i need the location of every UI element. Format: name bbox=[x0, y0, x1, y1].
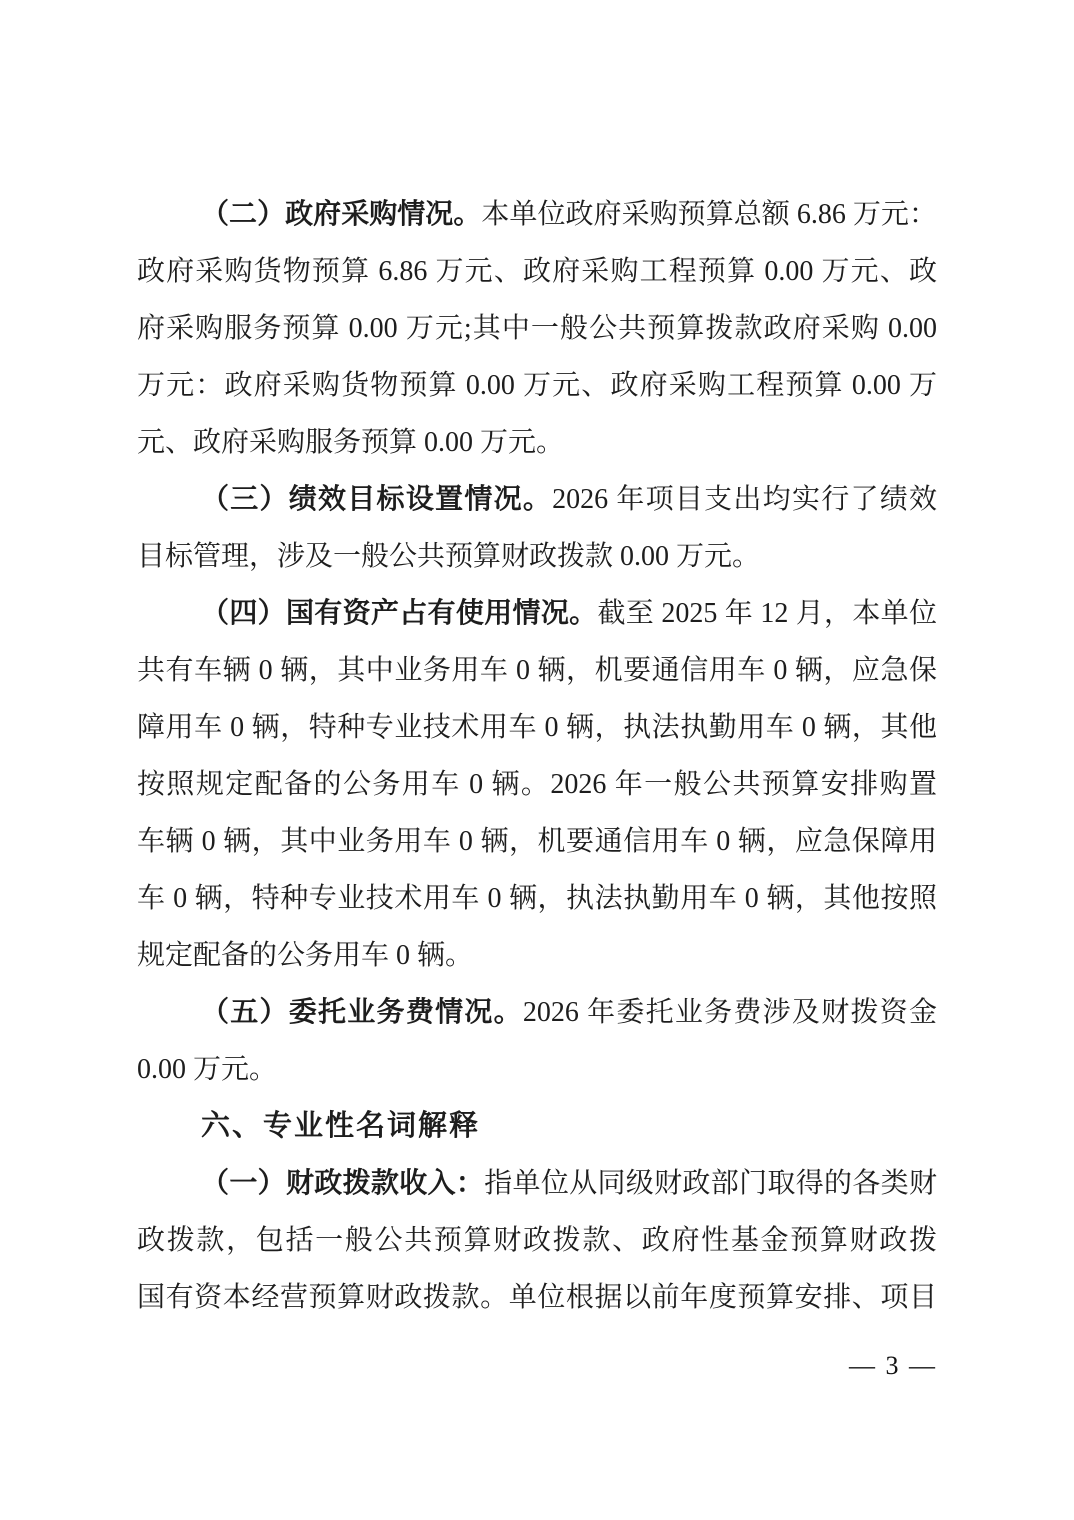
text-line: 政府采购货物预算 6.86 万元、政府采购工程预算 0.00 万元、政 bbox=[137, 243, 937, 300]
paragraph-text: 车辆 0 辆，其中业务用车 0 辆，机要通信用车 0 辆，应急保障用 bbox=[137, 826, 937, 857]
paragraph-text: 府采购服务预算 0.00 万元;其中一般公共预算拨款政府采购 0.00 bbox=[137, 313, 937, 344]
paragraph-text: 2026 年委托业务费涉及财拨资金 bbox=[523, 997, 937, 1028]
paragraph-text: 2026 年项目支出均实行了绩效 bbox=[552, 484, 937, 515]
paragraph-text: 目标管理，涉及一般公共预算财政拨款 0.00 万元。 bbox=[137, 541, 760, 572]
text-line: 目标管理，涉及一般公共预算财政拨款 0.00 万元。 bbox=[137, 528, 937, 585]
document-body: （二）政府采购情况。本单位政府采购预算总额 6.86 万元：政府采购货物预算 6… bbox=[137, 186, 937, 1326]
text-line: 万元：政府采购货物预算 0.00 万元、政府采购工程预算 0.00 万 bbox=[137, 357, 937, 414]
text-line: 规定配备的公务用车 0 辆。 bbox=[137, 927, 937, 984]
paragraph-text: 本单位政府采购预算总额 6.86 万元： bbox=[481, 199, 937, 230]
text-line: 元、政府采购服务预算 0.00 万元。 bbox=[137, 414, 937, 471]
text-line: 政拨款，包括一般公共预算财政拨款、政府性基金预算财政拨款、 bbox=[137, 1212, 937, 1269]
text-line: （二）政府采购情况。本单位政府采购预算总额 6.86 万元： bbox=[137, 186, 937, 243]
paragraph-text: 0.00 万元。 bbox=[137, 1054, 277, 1085]
paragraph-text: 国有资本经营预算财政拨款。单位根据以前年度预算安排、项目 bbox=[137, 1282, 937, 1313]
text-line: 0.00 万元。 bbox=[137, 1041, 937, 1098]
text-line: （四）国有资产占有使用情况。截至 2025 年 12 月，本单位 bbox=[137, 585, 937, 642]
paragraph-text: 政府采购货物预算 6.86 万元、政府采购工程预算 0.00 万元、政 bbox=[137, 256, 937, 287]
paragraph-text: 障用车 0 辆，特种专业技术用车 0 辆，执法执勤用车 0 辆，其他 bbox=[137, 712, 937, 743]
paragraph-lead: （五）委托业务费情况。 bbox=[201, 997, 523, 1028]
text-line: 车 0 辆，特种专业技术用车 0 辆，执法执勤用车 0 辆，其他按照 bbox=[137, 870, 937, 927]
paragraph-text: 政拨款，包括一般公共预算财政拨款、政府性基金预算财政拨款、 bbox=[137, 1225, 937, 1269]
text-line: 车辆 0 辆，其中业务用车 0 辆，机要通信用车 0 辆，应急保障用 bbox=[137, 813, 937, 870]
paragraph-text: 指单位从同级财政部门取得的各类财 bbox=[484, 1168, 937, 1199]
paragraph-lead: （一）财政拨款收入： bbox=[201, 1168, 484, 1199]
page-number: — 3 — bbox=[849, 1346, 937, 1386]
text-line: 障用车 0 辆，特种专业技术用车 0 辆，执法执勤用车 0 辆，其他 bbox=[137, 699, 937, 756]
paragraph-text: 车 0 辆，特种专业技术用车 0 辆，执法执勤用车 0 辆，其他按照 bbox=[137, 883, 937, 914]
paragraph-text: 截至 2025 年 12 月，本单位 bbox=[597, 598, 937, 629]
paragraph-lead: 六、专业性名词解释 bbox=[201, 1110, 480, 1142]
text-line: 按照规定配备的公务用车 0 辆。2026 年一般公共预算安排购置 bbox=[137, 756, 937, 813]
paragraph-lead: （三）绩效目标设置情况。 bbox=[201, 484, 552, 515]
paragraph-text: 共有车辆 0 辆，其中业务用车 0 辆，机要通信用车 0 辆，应急保 bbox=[137, 655, 937, 686]
paragraph-text: 元、政府采购服务预算 0.00 万元。 bbox=[137, 427, 564, 458]
text-line: 府采购服务预算 0.00 万元;其中一般公共预算拨款政府采购 0.00 bbox=[137, 300, 937, 357]
text-line: 国有资本经营预算财政拨款。单位根据以前年度预算安排、项目 bbox=[137, 1269, 937, 1326]
text-line: （五）委托业务费情况。2026 年委托业务费涉及财拨资金 bbox=[137, 984, 937, 1041]
text-line: 共有车辆 0 辆，其中业务用车 0 辆，机要通信用车 0 辆，应急保 bbox=[137, 642, 937, 699]
paragraph-text: 规定配备的公务用车 0 辆。 bbox=[137, 940, 473, 971]
document-page: （二）政府采购情况。本单位政府采购预算总额 6.86 万元：政府采购货物预算 6… bbox=[0, 0, 1074, 1520]
section-heading: 六、专业性名词解释 bbox=[137, 1098, 937, 1155]
paragraph-text: 万元：政府采购货物预算 0.00 万元、政府采购工程预算 0.00 万 bbox=[137, 370, 937, 401]
paragraph-lead: （二）政府采购情况。 bbox=[201, 199, 481, 230]
paragraph-lead: （四）国有资产占有使用情况。 bbox=[201, 598, 597, 629]
text-line: （一）财政拨款收入：指单位从同级财政部门取得的各类财 bbox=[137, 1155, 937, 1212]
text-line: （三）绩效目标设置情况。2026 年项目支出均实行了绩效 bbox=[137, 471, 937, 528]
paragraph-text: 按照规定配备的公务用车 0 辆。2026 年一般公共预算安排购置 bbox=[137, 769, 937, 800]
